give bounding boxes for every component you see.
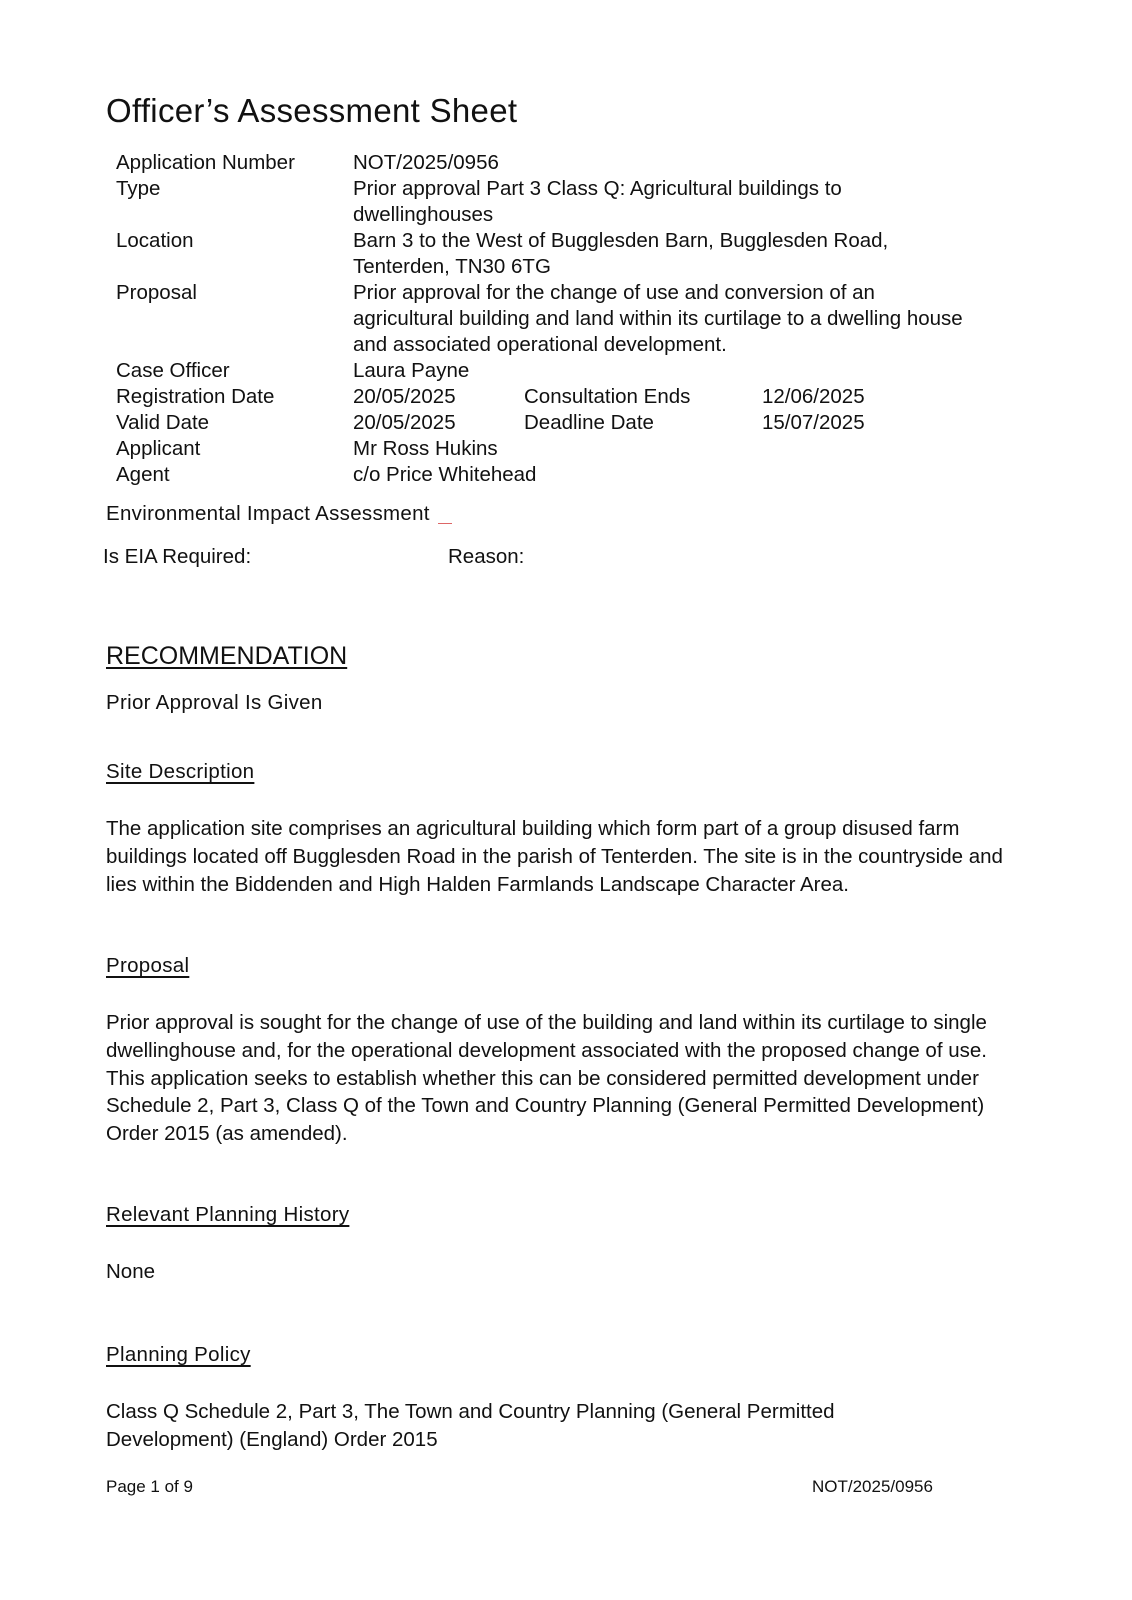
row-registration-date: Registration Date 20/05/2025 Consultatio… (116, 384, 968, 410)
recommendation-text: Prior Approval Is Given (106, 691, 323, 715)
application-details: Application Number NOT/2025/0956 Type Pr… (116, 150, 968, 488)
site-description-body: The application site comprises an agricu… (106, 815, 1026, 898)
history-body: None (106, 1258, 1026, 1286)
row-application-number: Application Number NOT/2025/0956 (116, 150, 968, 176)
label: Consultation Ends (524, 384, 762, 410)
label: Application Number (116, 150, 353, 176)
value: NOT/2025/0956 (353, 150, 963, 176)
row-applicant: Applicant Mr Ross Hukins (116, 436, 968, 462)
eia-required-label: Is EIA Required: (103, 545, 251, 569)
label: Type (116, 176, 353, 228)
value: Prior approval for the change of use and… (353, 280, 968, 358)
page-title: Officer’s Assessment Sheet (106, 92, 517, 130)
label: Applicant (116, 436, 353, 462)
history-heading: Relevant Planning History (106, 1203, 349, 1227)
label: Case Officer (116, 358, 353, 384)
eia-heading: Environmental Impact Assessment (106, 502, 452, 526)
site-description-heading: Site Description (106, 760, 254, 784)
row-case-officer: Case Officer Laura Payne (116, 358, 968, 384)
red-mark (438, 523, 452, 524)
value: c/o Price Whitehead (353, 462, 963, 488)
value: Barn 3 to the West of Bugglesden Barn, B… (353, 228, 953, 280)
value: Prior approval Part 3 Class Q: Agricultu… (353, 176, 953, 228)
footer-reference: NOT/2025/0956 (812, 1477, 933, 1497)
label: Agent (116, 462, 353, 488)
label: Valid Date (116, 410, 353, 436)
value: Laura Payne (353, 358, 963, 384)
eia-reason-label: Reason: (448, 545, 524, 569)
row-type: Type Prior approval Part 3 Class Q: Agri… (116, 176, 968, 228)
row-proposal: Proposal Prior approval for the change o… (116, 280, 968, 358)
label: Location (116, 228, 353, 280)
policy-heading: Planning Policy (106, 1343, 251, 1367)
value: Mr Ross Hukins (353, 436, 963, 462)
row-valid-date: Valid Date 20/05/2025 Deadline Date 15/0… (116, 410, 968, 436)
row-agent: Agent c/o Price Whitehead (116, 462, 968, 488)
proposal-body: Prior approval is sought for the change … (106, 1009, 1011, 1148)
proposal-heading: Proposal (106, 954, 189, 978)
recommendation-heading: RECOMMENDATION (106, 642, 347, 671)
value: 12/06/2025 (762, 384, 865, 410)
value: 20/05/2025 (353, 384, 524, 410)
value: 20/05/2025 (353, 410, 524, 436)
policy-body: Class Q Schedule 2, Part 3, The Town and… (106, 1398, 926, 1454)
page-number: Page 1 of 9 (106, 1477, 193, 1497)
row-location: Location Barn 3 to the West of Bugglesde… (116, 228, 968, 280)
label: Registration Date (116, 384, 353, 410)
value: 15/07/2025 (762, 410, 865, 436)
label: Proposal (116, 280, 353, 358)
label: Deadline Date (524, 410, 762, 436)
